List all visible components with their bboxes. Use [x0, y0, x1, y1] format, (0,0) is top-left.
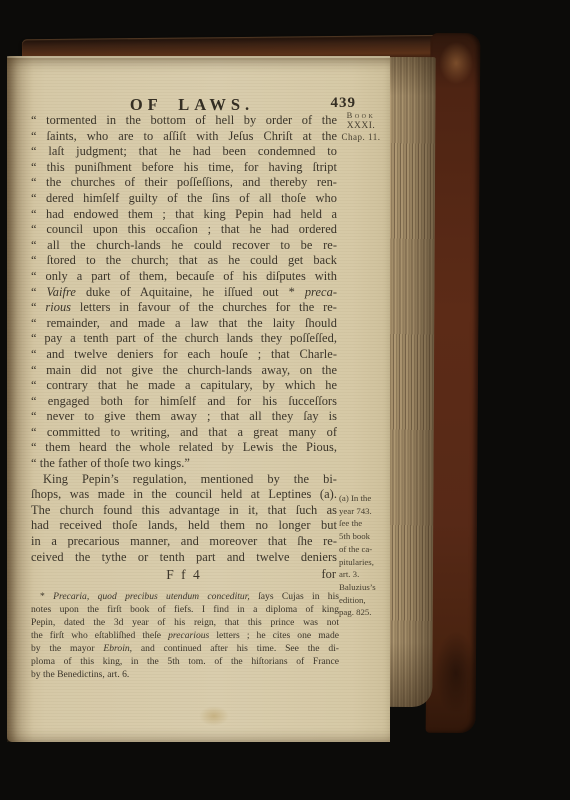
- sidenote-line: edition,: [339, 594, 389, 607]
- text-line: “ tormented in the bottom of hell by ord…: [31, 113, 337, 129]
- signature-mark: F f 4: [31, 567, 337, 583]
- footnote-line: * Precaria, quod precibus utendum conced…: [31, 590, 339, 603]
- margin-book-number: XXXI.: [333, 121, 389, 132]
- catchword: for: [322, 567, 336, 582]
- page-stain: [199, 706, 229, 726]
- text-line: “ the father of thoſe two kings.”: [31, 456, 337, 472]
- text-line: “ rious letters in favour of the churche…: [31, 300, 337, 316]
- text-line: “ this puniſhment before his time, for h…: [31, 160, 337, 176]
- footnote-line: by the mayor Ebroin, and continued after…: [31, 642, 339, 655]
- footnote-line: notes upon the firſt book of fiefs. I fi…: [31, 603, 339, 616]
- text-line: “ engaged both for himſelf and for his ſ…: [31, 394, 337, 410]
- text-line: “ ſaints, who are to aſſiſt with Jeſus C…: [31, 129, 337, 145]
- text-line: The church found this advantage in it, t…: [31, 503, 337, 519]
- text-line: “ council upon this occaſion ; that he h…: [31, 222, 337, 238]
- text-line: “ and twelve deniers for each houſe ; th…: [31, 347, 337, 363]
- sidenote-line: art. 3.: [339, 568, 389, 581]
- sidenote-line: (a) In the: [339, 492, 389, 505]
- text-line: “ ſtored to the church; that as he could…: [31, 253, 337, 269]
- page-title: OF LAWS.: [111, 95, 273, 115]
- text-line: had received thoſe lands, held them no l…: [31, 518, 337, 534]
- text-line: “ them heard the whole related by Lewis …: [31, 440, 337, 456]
- text-line: “ committed to writing, and that a great…: [31, 425, 337, 441]
- text-line: “ laſt judgment; that he had been condem…: [31, 144, 337, 160]
- margin-chapter-number: Chap. 11.: [333, 132, 389, 143]
- text-line: ſhops, was made in the council held at L…: [31, 487, 337, 503]
- text-line: “ dered himſelf guilty of the ſins of al…: [31, 191, 337, 207]
- text-line: ceived the tythe or tenth part and twelv…: [31, 550, 337, 566]
- signature-line: F f 4 for: [31, 567, 337, 583]
- text-line: “ never to give them away ; that all the…: [31, 409, 337, 425]
- sidenote-line: 5th book: [339, 530, 389, 543]
- sidenote-line: pag. 825.: [339, 606, 389, 619]
- sidenote-line: Baluzius’s: [339, 581, 389, 594]
- text-line: “ Vaifre duke of Aquitaine, he iſſued ou…: [31, 285, 337, 301]
- quoted-passage: “ tormented in the bottom of hell by ord…: [31, 113, 337, 472]
- text-line: “ main did not give the church-lands awa…: [31, 363, 337, 379]
- main-text-column: “ tormented in the bottom of hell by ord…: [31, 113, 337, 681]
- footnote-line: Pepin, dated the 3d year of his reign, t…: [31, 616, 339, 629]
- text-line: “ the churches of their poſſeſſions, and…: [31, 175, 337, 191]
- sidenote: (a) In theyear 743.ſee the5th bookof the…: [339, 492, 389, 619]
- footnote-line: ploma of this king, in the 5th tom. of t…: [31, 655, 339, 668]
- footnote: * Precaria, quod precibus utendum conced…: [31, 590, 339, 681]
- sidenote-line: pitularies,: [339, 556, 389, 569]
- text-line: “ had endowed them ; that king Pepin had…: [31, 207, 337, 223]
- text-line: “ all the church-lands he could recover …: [31, 238, 337, 254]
- text-line: “ pay a tenth part of the church lands t…: [31, 331, 337, 347]
- text-line: “ remainder, and made a law that the lai…: [31, 316, 337, 332]
- text-line: in a precarious manner, and moreover tha…: [31, 534, 337, 550]
- margin-book-label: Book: [333, 110, 389, 121]
- photo-background: OF LAWS. 439 Book XXXI. Chap. 11. “ torm…: [0, 0, 570, 800]
- sidenote-line: of the ca-: [339, 543, 389, 556]
- sidenote-line: ſee the: [339, 517, 389, 530]
- footnote-line: the firſt who eſtabliſhed theſe precario…: [31, 629, 339, 642]
- margin-chapter-head: Book XXXI. Chap. 11.: [333, 110, 389, 143]
- book-page: OF LAWS. 439 Book XXXI. Chap. 11. “ torm…: [7, 56, 390, 742]
- paragraph: King Pepin’s regulation, mentioned by th…: [31, 472, 337, 566]
- text-line: “ contrary that he made a capitulary, by…: [31, 378, 337, 394]
- text-line: “ only a part of them, becauſe of his di…: [31, 269, 337, 285]
- footnote-line: by the Benedictins, art. 6.: [31, 668, 339, 681]
- sidenote-line: year 743.: [339, 505, 389, 518]
- text-line: King Pepin’s regulation, mentioned by th…: [31, 472, 337, 488]
- page-gutter-shadow: [7, 56, 33, 742]
